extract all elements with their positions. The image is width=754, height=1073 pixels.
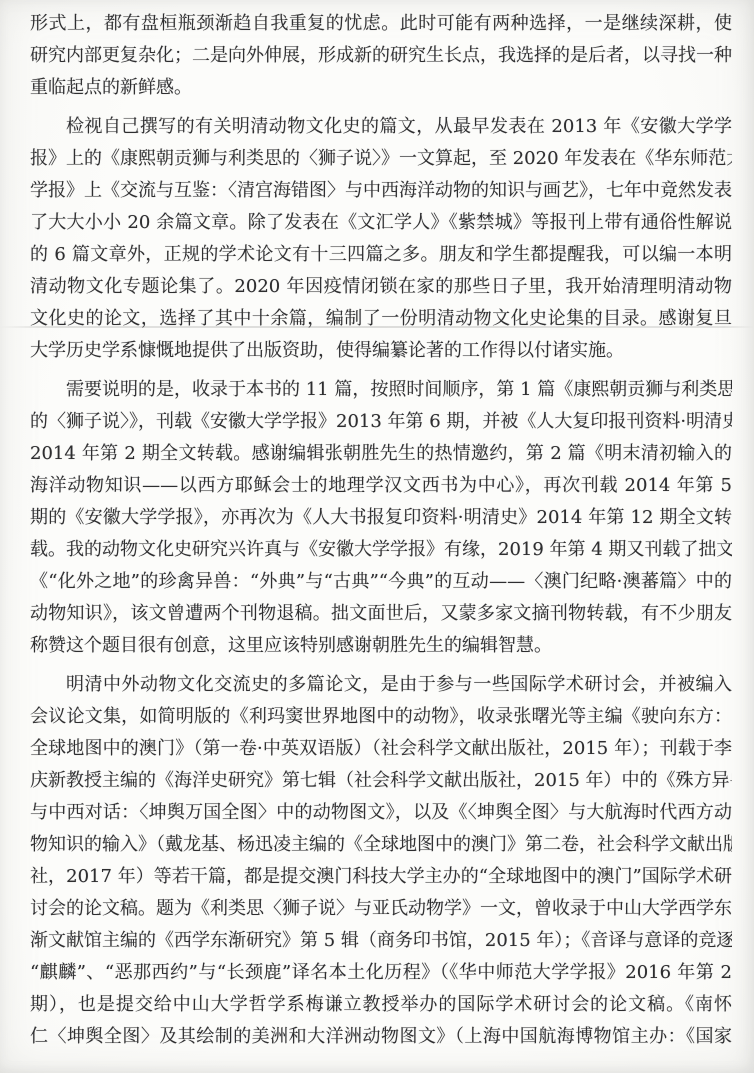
text-line: 学报》上《交流与互鉴：〈清宫海错图〉与中西海洋动物的知识与画艺》，七年中竟然发表 (30, 175, 732, 207)
text-line: “麒麟”、“恶那西约”与“长颈鹿”译名本土化历程》（《华中师范大学学报》2016… (30, 957, 732, 989)
text-line: 文化史的论文，选择了其中十余篇，编制了一份明清动物文化史论集的目录。感谢复旦 (30, 303, 732, 335)
text-line: 动物知识》，该文曾遭两个刊物退稿。拙文面世后，又蒙多家文摘刊物转载，有不少朋友 (30, 598, 732, 630)
text-line: 需要说明的是，收录于本书的 11 篇，按照时间顺序，第 1 篇《康熙朝贡狮与利类… (30, 374, 732, 406)
text-line: 物知识的输入》（戴龙基、杨迅凌主编的《全球地图中的澳门》第二卷，社会科学文献出版 (30, 829, 732, 861)
paragraph: 形式上，都有盘桓瓶颈渐趋自我重复的忧虑。此时可能有两种选择，一是继续深耕，使研究… (30, 8, 732, 104)
text-line: 仁〈坤舆全图〉及其绘制的美洲和大洋洲动物图文》（上海中国航海博物馆主办：《国家 (30, 1021, 732, 1053)
text-line: 会议论文集，如简明版的《利玛窦世界地图中的动物》，收录张曙光等主编《驶向东方： (30, 701, 732, 733)
text-block: 形式上，都有盘桓瓶颈渐趋自我重复的忧虑。此时可能有两种选择，一是继续深耕，使研究… (30, 8, 732, 1053)
text-line: 研究内部更复杂化；二是向外伸展，形成新的研究生长点，我选择的是后者，以寻找一种 (30, 40, 732, 72)
text-line: 重临起点的新鲜感。 (30, 72, 732, 104)
text-line: 庆新教授主编的《海洋史研究》第七辑（社会科学文献出版社，2015 年）中的《殊方… (30, 765, 732, 797)
text-line: 清动物文化专题论集了。2020 年因疫情闭锁在家的那些日子里，我开始清理明清动物 (30, 271, 732, 303)
text-line: 期），也是提交给中山大学哲学系梅谦立教授举办的国际学术研讨会的论文稿。《南怀 (30, 989, 732, 1021)
text-line: 明清中外动物文化交流史的多篇论文，是由于参与一些国际学术研讨会，并被编入 (30, 669, 732, 701)
text-line: 了大大小小 20 余篇文章。除了发表在《文汇学人》《紫禁城》等报刊上带有通俗性解… (30, 207, 732, 239)
text-line: 称赞这个题目很有创意，这里应该特别感谢朝胜先生的编辑智慧。 (30, 630, 732, 662)
text-line: 2014 年第 2 期全文转载。感谢编辑张朝胜先生的热情邀约，第 2 篇《明末清… (30, 438, 732, 470)
page-background: 形式上，都有盘桓瓶颈渐趋自我重复的忧虑。此时可能有两种选择，一是继续深耕，使研究… (0, 0, 754, 1073)
scanned-book-page: { "colors": { "paper": "#fcfcfa", "ink":… (0, 0, 754, 1073)
text-line: 形式上，都有盘桓瓶颈渐趋自我重复的忧虑。此时可能有两种选择，一是继续深耕，使 (30, 8, 732, 40)
paragraph: 明清中外动物文化交流史的多篇论文，是由于参与一些国际学术研讨会，并被编入会议论文… (30, 669, 732, 1053)
text-line: 社，2017 年）等若干篇，都是提交澳门科技大学主办的“全球地图中的澳门”国际学… (30, 861, 732, 893)
text-line: 与中西对话：〈坤舆万国全图〉中的动物图文》，以及《〈坤舆全图〉与大航海时代西方动 (30, 797, 732, 829)
text-line: 报》上的《康熙朝贡狮与利类思的〈狮子说〉》一文算起，至 2020 年发表在《华东… (30, 143, 732, 175)
text-line: 渐文献馆主编的《西学东渐研究》第 5 辑（商务印书馆，2015 年）；《音译与意… (30, 925, 732, 957)
text-line: 载。我的动物文化史研究兴许真与《安徽大学学报》有缘，2019 年第 4 期又刊载… (30, 534, 732, 566)
text-line: 海洋动物知识——以西方耶稣会士的地理学汉文西书为中心》，再次刊载 2014 年第… (30, 470, 732, 502)
paragraph: 检视自己撰写的有关明清动物文化史的篇文，从最早发表在 2013 年《安徽大学学报… (30, 111, 732, 367)
text-line: 检视自己撰写的有关明清动物文化史的篇文，从最早发表在 2013 年《安徽大学学 (30, 111, 732, 143)
paragraph: 需要说明的是，收录于本书的 11 篇，按照时间顺序，第 1 篇《康熙朝贡狮与利类… (30, 374, 732, 662)
text-line: 的 6 篇文章外，正规的学术论文有十三四篇之多。朋友和学生都提醒我，可以编一本明 (30, 239, 732, 271)
text-line: 的〈狮子说〉》，刊载《安徽大学学报》2013 年第 6 期，并被《人大复印报刊资… (30, 406, 732, 438)
text-line: 大学历史学系慷慨地提供了出版资助，使得编纂论著的工作得以付诸实施。 (30, 335, 732, 367)
text-line: 期的《安徽大学学报》，亦再次为《人大书报复印资料·明清史》2014 年第 12 … (30, 502, 732, 534)
text-line: 讨会的论文稿。题为《利类思〈狮子说〉与亚氏动物学》一文，曾收录于中山大学西学东 (30, 893, 732, 925)
text-line: 全球地图中的澳门》（第一卷·中英双语版）（社会科学文献出版社，2015 年）；刊… (30, 733, 732, 765)
text-line: 《“化外之地”的珍禽异兽：“外典”与“古典”“今典”的互动——〈澳门纪略·澳蕃篇… (30, 566, 732, 598)
